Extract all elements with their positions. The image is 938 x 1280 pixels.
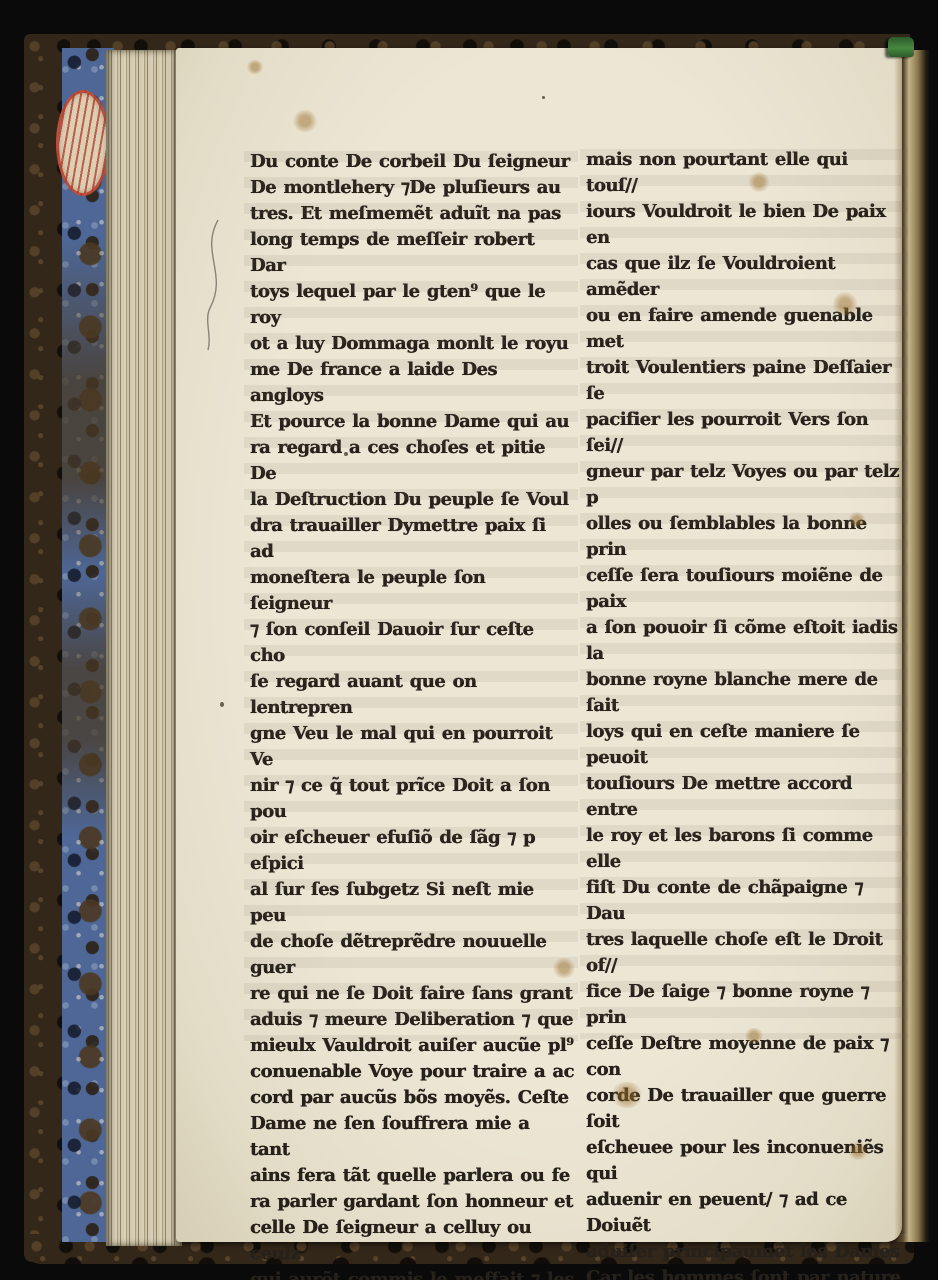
foxing-spot <box>610 1082 644 1108</box>
text-column-right: mais non pourtant elle qui touſ// iours … <box>586 147 904 1039</box>
ink-speck <box>220 702 224 707</box>
foxing-spot <box>292 110 318 132</box>
foxing-spot <box>246 60 264 74</box>
foxing-spot <box>744 1028 764 1044</box>
paper-fiber <box>194 216 238 356</box>
ink-speck <box>542 96 545 99</box>
ink-speck <box>344 452 348 456</box>
foxing-spot <box>552 958 576 978</box>
foxing-spot <box>832 292 858 316</box>
red-library-stamp <box>56 90 110 196</box>
foxing-spot <box>848 1142 868 1160</box>
foxing-spot <box>848 512 866 528</box>
text-column-left: Du conte De corbeil Du ſeigneur De montl… <box>250 149 574 1041</box>
page-edge-stack <box>106 50 182 1246</box>
green-headband <box>888 37 914 57</box>
photo-background: { "page_text": { "left_column_lines": [ … <box>0 0 938 1280</box>
foxing-spot <box>748 172 770 192</box>
